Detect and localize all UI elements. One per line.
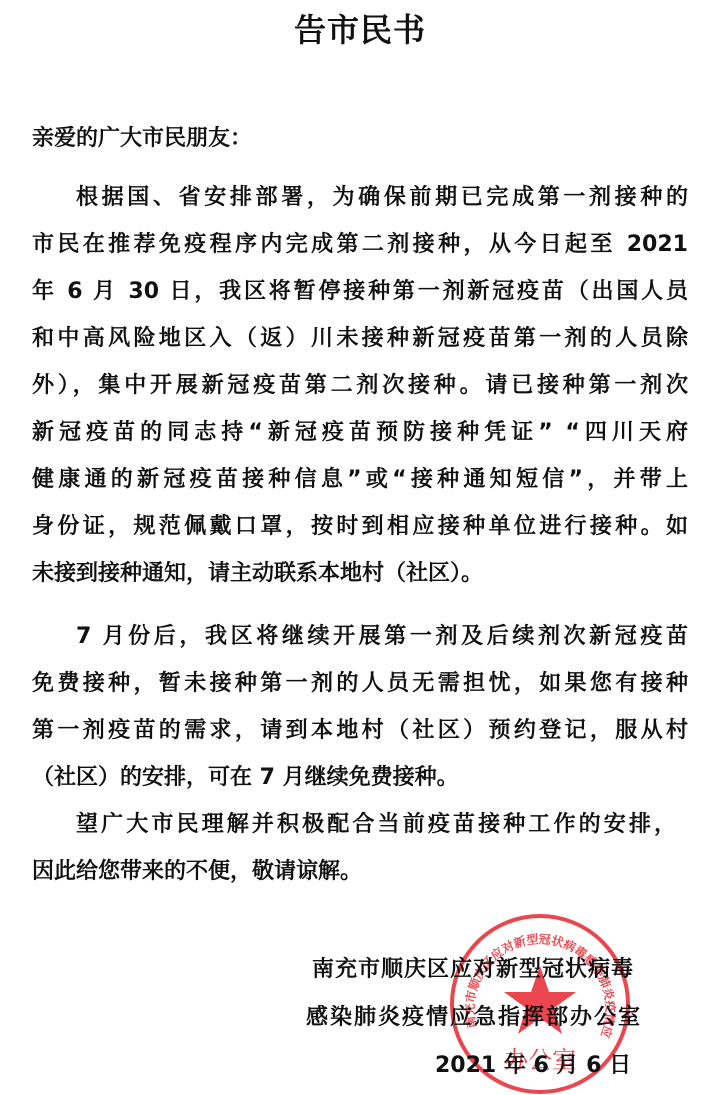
paragraph-line: 未接到接种通知，请主动联系本地村（社区）。 [32,559,688,589]
paragraph-line: （社区）的安排，可在 7 月继续免费接种。 [32,763,688,793]
paragraph-line: 7 月份后，我区将继续开展第一剂及后续剂次新冠疫苗 [76,622,688,652]
greeting: 亲爱的广大市民朋友： [32,124,252,154]
paragraph-line: 第一剂疫苗的需求，请到本地村（社区）预约登记，服从村 [32,716,688,746]
signature-org-line-2: 感染肺炎疫情应急指挥部办公室 [306,1003,642,1033]
signature-date: 2021 年 6 月 6 日 [435,1051,631,1081]
paragraph-line: 年 6 月 30 日，我区将暂停接种第一剂新冠疫苗（出国人员 [32,277,688,307]
paragraph-line: 和中高风险地区入（返）川未接种新冠疫苗第一剂的人员除 [32,324,688,354]
paragraph-line: 新冠疫苗的同志持“新冠疫苗预防接种凭证” “四川天府 [32,418,688,448]
paragraph-line: 望广大市民理解并积极配合当前疫苗接种工作的安排， [76,810,676,840]
paragraph-line: 市民在推荐免疫程序内完成第二剂接种，从今日起至 2021 [32,230,688,260]
paragraph-line: 根据国、省安排部署，为确保前期已完成第一剂接种的 [76,183,688,213]
paragraph-line: 免费接种，暂未接种第一剂的人员无需担忧，如果您有接种 [32,669,688,699]
paragraph-line: 身份证，规范佩戴口罩，按时到相应接种单位进行接种。如 [32,512,688,542]
paragraph-line: 外），集中开展新冠疫苗第二剂次接种。请已接种第一剂次 [32,371,688,401]
page-title: 告市民书 [0,6,720,54]
paragraph-line: 健康通的新冠疫苗接种信息”或“接种通知短信”，并带上 [32,465,688,495]
paragraph-line: 因此给您带来的不便，敬请谅解。 [32,857,688,887]
signature-org-line-1: 南充市顺庆区应对新型冠状病毒 [312,955,634,985]
